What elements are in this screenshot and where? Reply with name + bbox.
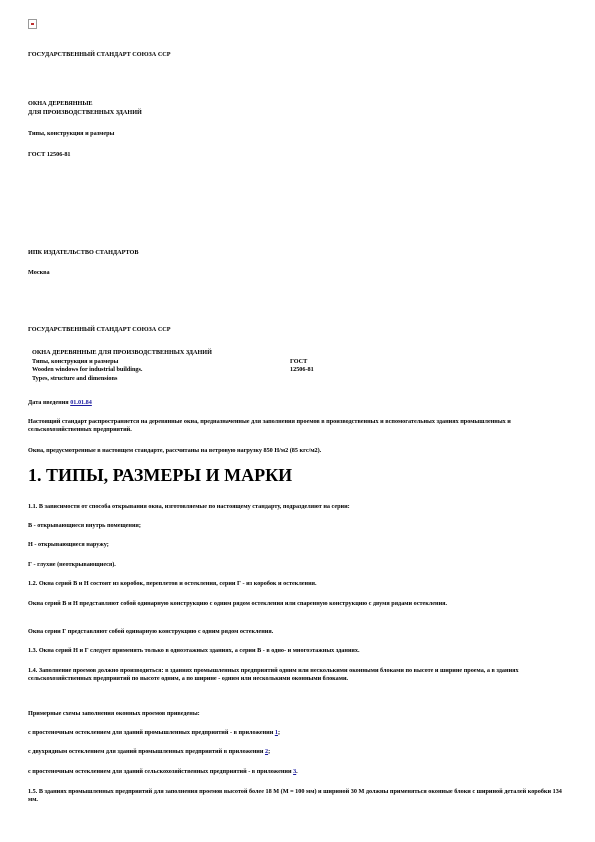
title-row-left: Types, structure and dimensions xyxy=(32,375,290,384)
clause-1-1: 1.1. В зависимости от способа открывания… xyxy=(28,503,573,511)
title-row-right: ГОСТ xyxy=(290,358,390,367)
example-3: с простеночным остеклением для зданий се… xyxy=(28,768,573,776)
series-g: Г - глухие (неоткрывающиеся). xyxy=(28,561,573,569)
title-table: ОКНА ДЕРЕВЯННЫЕ ДЛЯ ПРОИЗВОДСТВЕННЫХ ЗДА… xyxy=(32,349,452,383)
intro-paragraph-2: Окна, предусмотренные в настоящем станда… xyxy=(28,447,573,455)
doc-title-line1: ОКНА ДЕРЕВЯННЫЕ xyxy=(28,100,573,108)
doc-title-line2: ДЛЯ ПРОИЗВОДСТВЕННЫХ ЗДАНИЙ xyxy=(28,109,573,117)
clause-1-2: 1.2. Окна серий В и Н состоят из коробок… xyxy=(28,580,573,588)
gost-number: ГОСТ 12506-81 xyxy=(28,151,573,159)
clause-1-2-c: Окна серии Г представляют собой одинарну… xyxy=(28,628,573,636)
title-row-left: Типы, конструкция и размеры xyxy=(32,358,290,367)
series-v: В - открывающиеся внутрь помещения; xyxy=(28,522,573,530)
intro-date-link[interactable]: 01.01.84 xyxy=(70,399,92,406)
doc-subtitle: Типы, конструкция и размеры xyxy=(28,130,573,138)
publisher: ИПК ИЗДАТЕЛЬСТВО СТАНДАРТОВ xyxy=(28,249,573,257)
city: Москва xyxy=(28,269,573,277)
org-title-2: ГОСУДАРСТВЕННЫЙ СТАНДАРТ СОЮЗА ССР xyxy=(28,326,573,334)
series-n: Н - открывающиеся наружу; xyxy=(28,541,573,549)
title-row-left: Wooden windows for industrial buildings. xyxy=(32,366,290,375)
clause-1-3: 1.3. Окна серий Н и Г следует применять … xyxy=(28,647,573,655)
clause-1-4: 1.4. Заполнение проемов должно производи… xyxy=(28,667,573,682)
example-2: с двухрядным остеклением для зданий пром… xyxy=(28,748,573,756)
title-name-ru: ОКНА ДЕРЕВЯННЫЕ ДЛЯ ПРОИЗВОДСТВЕННЫХ ЗДА… xyxy=(32,349,290,358)
title-row-right xyxy=(290,375,390,384)
example-1: с простеночным остеклением для зданий пр… xyxy=(28,729,573,737)
clause-1-5: 1.5. В зданиях промышленных предприятий … xyxy=(28,788,573,803)
intro-paragraph-1: Настоящий стандарт распространяется на д… xyxy=(28,418,573,433)
title-row-right: 12506-81 xyxy=(290,366,390,375)
intro-date: Дата введения 01.01.84 xyxy=(28,399,573,407)
section-heading: 1. ТИПЫ, РАЗМЕРЫ И МАРКИ xyxy=(28,466,292,484)
intro-date-label: Дата введения xyxy=(28,399,69,406)
org-title: ГОСУДАРСТВЕННЫЙ СТАНДАРТ СОЮЗА ССР xyxy=(28,51,573,59)
examples-intro: Примерные схемы заполнения оконных проем… xyxy=(28,710,573,718)
clause-1-2-b: Окна серий В и Н представляют собой один… xyxy=(28,600,573,608)
broken-image-icon xyxy=(28,19,37,29)
